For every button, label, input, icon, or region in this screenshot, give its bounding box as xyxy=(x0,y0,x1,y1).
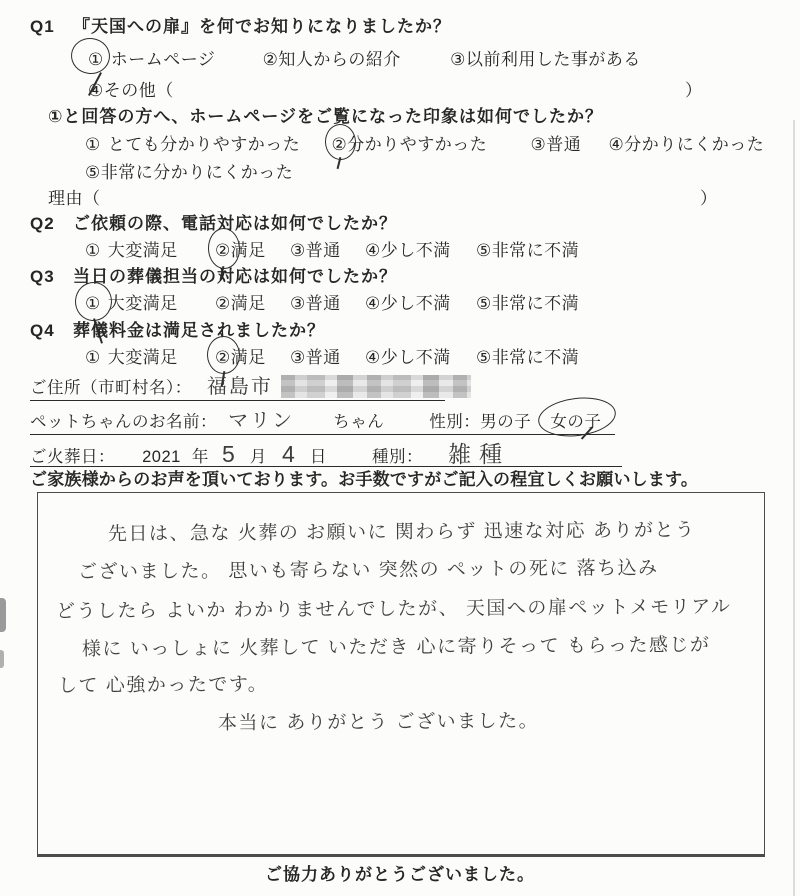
scan-smudge xyxy=(0,598,6,632)
q2-option-3: ③普通 xyxy=(290,238,341,264)
address-redaction xyxy=(281,375,471,398)
q2-option-5-label: 非常に不満 xyxy=(492,241,580,260)
q3-option-3-label: 普通 xyxy=(306,294,341,313)
q3-option-1-label: 大変満足 xyxy=(108,294,178,313)
pet-name-label: ペットちゃんのお名前： xyxy=(30,413,217,431)
q1-question: 『天国への扉』を何でお知りになりましたか？ xyxy=(73,17,451,36)
q1b-option-5-row: ⑤非常に分かりにくかった xyxy=(85,160,293,186)
q1-option-1: ①ホームページ xyxy=(88,47,215,73)
q4-number: Q4 xyxy=(30,318,73,344)
q3-options: ①大変満足 ②満足 ③普通 ④少し不満 ⑤非常に不満 xyxy=(85,291,579,317)
q4-question: 葬儀料金は満足されましたか？ xyxy=(73,321,325,340)
q4-option-1: ①大変満足 xyxy=(85,345,178,371)
q4-option-5: ⑤非常に不満 xyxy=(476,345,579,371)
q1-option-4-label: その他（ xyxy=(104,81,174,100)
q3-question: 当日の葬儀担当の対応は如何でしたか？ xyxy=(73,267,397,286)
cremation-date-field: ご火葬日： 2021 年 5 月 4 日 種別： 雑種 xyxy=(30,436,622,467)
q1-option-4: ④その他（ xyxy=(88,78,174,104)
q2-option-2-num: ② xyxy=(215,238,231,264)
q1b-option-4-num: ④ xyxy=(608,132,624,158)
footer-thanks-text: ご協力ありがとうございました。 xyxy=(0,860,800,885)
cremation-month-handwritten: 5 xyxy=(222,441,237,467)
comment-line-6: 本当に ありがとう ございました。 xyxy=(218,706,539,735)
q3-option-5-num: ⑤ xyxy=(476,291,492,317)
q2-option-1-num: ① xyxy=(85,238,101,264)
q4-option-2: ②満足 xyxy=(215,345,266,371)
q1-option-3-label: 以前利用した事がある xyxy=(466,50,641,69)
pet-name-field: ペットちゃんのお名前： マリン ちゃん 性別：男の子 女の子 xyxy=(30,404,615,435)
q1-option-2: ②知人からの紹介 xyxy=(263,47,401,73)
q3-option-1-num: ① xyxy=(85,291,101,317)
q1-option-2-num: ② xyxy=(263,47,279,73)
comment-line-2: ございました。 思いも寄らない 突然の ペットの死に 落ち込み xyxy=(78,553,659,584)
address-label: ご住所（市町村名）： xyxy=(30,379,192,397)
q2-option-1-label: 大変満足 xyxy=(108,241,178,260)
q4-option-5-num: ⑤ xyxy=(476,345,492,371)
q3-option-4-num: ④ xyxy=(365,291,381,317)
q1b-option-3: ③普通 xyxy=(530,132,581,158)
q2-option-4: ④少し不満 xyxy=(365,238,451,264)
q1b-option-4: ④分かりにくかった xyxy=(608,132,764,158)
comment-box: 先日は、急な 火葬の お願いに 関わらず 迅速な対応 ありがとう ございました。… xyxy=(37,492,765,857)
q1b-option-2-label: 分かりやすかった xyxy=(347,135,487,154)
q1b-option-5-num: ⑤ xyxy=(85,160,101,186)
q2-number: Q2 xyxy=(30,211,73,237)
gender-male: 男の子 xyxy=(480,413,531,431)
q2-question: ご依頼の際、電話対応は如何でしたか？ xyxy=(73,214,397,233)
q1-option-3: ③以前利用した事がある xyxy=(450,47,641,73)
q1b-option-3-label: 普通 xyxy=(546,135,581,154)
q2-option-4-num: ④ xyxy=(365,238,381,264)
species-handwritten: 雑種 xyxy=(448,441,510,467)
q1b-option-5-label: 非常に分かりにくかった xyxy=(101,163,294,182)
species-label: 種別： xyxy=(372,448,423,466)
q2-option-5-num: ⑤ xyxy=(476,238,492,264)
q4-option-5-label: 非常に不満 xyxy=(492,348,580,367)
q1b-question: ①と回答の方へ、ホームページをご覧になった印象は如何でしたか？ xyxy=(48,107,603,126)
notice-text: ご家族様からのお声を頂いております。お手数ですがご記入の程宜しくお願いします。 xyxy=(30,467,698,493)
q2-option-2-label: 満足 xyxy=(231,241,266,260)
q1b-reason-label: 理由（ xyxy=(48,186,101,212)
q1-option-1-num: ① xyxy=(88,47,104,73)
cremation-year: 2021 xyxy=(142,448,181,466)
q3-option-1: ①大変満足 xyxy=(85,291,178,317)
scan-edge-line xyxy=(793,120,795,896)
q2-title: Q2ご依頼の際、電話対応は如何でしたか？ xyxy=(30,211,397,237)
q4-option-3: ③普通 xyxy=(290,345,341,371)
q1b-option-5: ⑤非常に分かりにくかった xyxy=(85,160,293,186)
q1b-option-2: ②分かりやすかった xyxy=(331,132,487,158)
q1b-option-4-label: 分かりにくかった xyxy=(624,135,764,154)
q1b-options: ①とても分かりやすかった ②分かりやすかった ③普通 ④分かりにくかった xyxy=(85,132,764,158)
address-value-handwritten: 福島市 xyxy=(207,376,273,398)
q3-title: Q3当日の葬儀担当の対応は如何でしたか？ xyxy=(30,264,397,290)
q2-option-1: ①大変満足 xyxy=(85,238,178,264)
q3-option-5: ⑤非常に不満 xyxy=(476,291,579,317)
q1-option-2-label: 知人からの紹介 xyxy=(278,50,401,69)
q1-number: Q1 xyxy=(30,14,73,40)
q3-option-4-label: 少し不満 xyxy=(381,294,451,313)
q1-option-1-label: ホームページ xyxy=(111,50,216,69)
comment-line-3: どうしたら よいか わかりませんでしたが、 天国への扉ペットメモリアル xyxy=(56,592,732,624)
cremation-label: ご火葬日： xyxy=(30,448,115,466)
q3-option-2-num: ② xyxy=(215,291,231,317)
q3-option-3: ③普通 xyxy=(290,291,341,317)
q3-option-3-num: ③ xyxy=(290,291,306,317)
q3-option-2-label: 満足 xyxy=(231,294,266,313)
q2-option-2: ②満足 xyxy=(215,238,266,264)
q1b-title: ①と回答の方へ、ホームページをご覧になった印象は如何でしたか？ xyxy=(48,104,603,130)
q4-option-4-label: 少し不満 xyxy=(381,348,451,367)
q2-option-3-num: ③ xyxy=(290,238,306,264)
q3-number: Q3 xyxy=(30,264,73,290)
q1b-reason-close-paren: ） xyxy=(700,186,717,212)
q4-option-3-label: 普通 xyxy=(306,348,341,367)
pet-name-suffix: ちゃん xyxy=(333,413,384,431)
address-field: ご住所（市町村名）： 福島市 xyxy=(30,370,445,401)
q4-option-4-num: ④ xyxy=(365,345,381,371)
q4-title: Q4葬儀料金は満足されましたか？ xyxy=(30,318,325,344)
q1b-option-1: ①とても分かりやすかった xyxy=(85,132,300,158)
q1-option-4-num: ④ xyxy=(88,78,104,104)
gender-female-circled: 女の子 xyxy=(550,408,601,432)
q3-option-5-label: 非常に不満 xyxy=(492,294,580,313)
q4-option-3-num: ③ xyxy=(290,345,306,371)
q1b-option-1-num: ① xyxy=(85,132,101,158)
cremation-day-unit: 日 xyxy=(310,448,327,466)
q3-option-4: ④少し不満 xyxy=(365,291,451,317)
q1-title: Q1『天国への扉』を何でお知りになりましたか？ xyxy=(30,14,451,40)
q2-option-3-label: 普通 xyxy=(306,241,341,260)
q2-option-5: ⑤非常に不満 xyxy=(476,238,579,264)
q4-option-2-num: ② xyxy=(215,345,231,371)
q1b-option-2-num: ② xyxy=(331,132,347,158)
q1-options: ①ホームページ ②知人からの紹介 ③以前利用した事がある xyxy=(88,47,641,73)
q2-options: ①大変満足 ②満足 ③普通 ④少し不満 ⑤非常に不満 xyxy=(85,238,579,264)
q4-option-4: ④少し不満 xyxy=(365,345,451,371)
pet-funeral-survey-form: Q1『天国への扉』を何でお知りになりましたか？ ①ホームページ ②知人からの紹介… xyxy=(0,0,800,896)
comment-line-5: して 心強かったです。 xyxy=(58,669,268,697)
q1-option-other: ④その他（ xyxy=(88,78,174,104)
q1-option-3-num: ③ xyxy=(450,47,466,73)
cremation-day-handwritten: 4 xyxy=(282,441,297,467)
q1-other-close-paren: ） xyxy=(685,78,702,104)
q2-option-4-label: 少し不満 xyxy=(381,241,451,260)
q1b-option-3-num: ③ xyxy=(530,132,546,158)
cremation-month-unit: 月 xyxy=(250,448,267,466)
comment-line-1: 先日は、急な 火葬の お願いに 関わらず 迅速な対応 ありがとう xyxy=(108,515,696,546)
cremation-year-unit: 年 xyxy=(192,448,209,466)
q4-option-1-num: ① xyxy=(85,345,101,371)
scan-smudge xyxy=(0,650,4,668)
q3-option-2: ②満足 xyxy=(215,291,266,317)
q4-options: ①大変満足 ②満足 ③普通 ④少し不満 ⑤非常に不満 xyxy=(85,345,579,371)
pet-name-handwritten: マリン xyxy=(228,410,294,432)
q4-option-1-label: 大変満足 xyxy=(108,348,178,367)
q1b-option-1-label: とても分かりやすかった xyxy=(108,135,301,154)
gender-label: 性別： xyxy=(429,413,480,431)
q4-option-2-label: 満足 xyxy=(231,348,266,367)
comment-line-4: 様に いっしょに 火葬して いただき 心に寄りそって もらった感じが xyxy=(82,630,711,661)
